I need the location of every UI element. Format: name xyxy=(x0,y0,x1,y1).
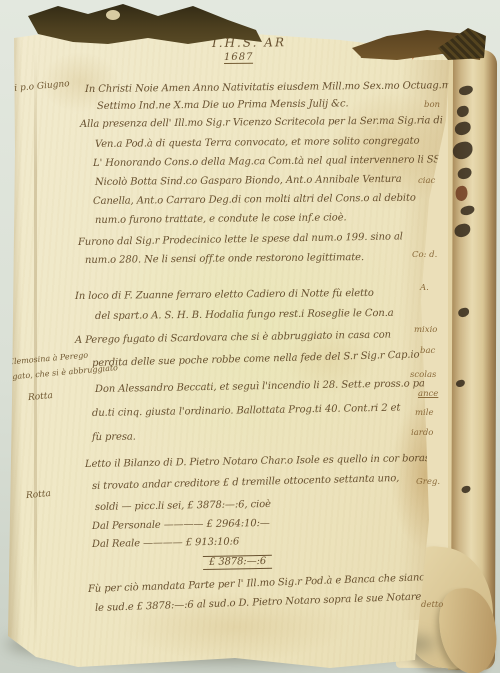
margin-note: Rotta xyxy=(28,391,54,403)
manuscript-line: Letto il Bilanzo di D. Pietro Notaro Cha… xyxy=(85,453,442,470)
manuscript-line: Don Alessandro Beccati, et seguì l'incen… xyxy=(95,378,445,395)
manuscript-line: num.o 280. Ne li sensi off.te onde resto… xyxy=(85,252,364,266)
manuscript-account-line: Dal Personale ———— £ 2964:10:— xyxy=(92,518,270,532)
manuscript-line: Nicolò Botta Sind.co Gasparo Biondo, Ant… xyxy=(95,174,402,188)
ink-blot xyxy=(460,205,475,216)
edge-fragment-text: bac xyxy=(420,346,435,356)
edge-fragment-text: scolas xyxy=(410,370,436,380)
edge-fragment-text: Greg. xyxy=(416,477,440,487)
manuscript-line: soldi — picc.li sei, £ 3878:—:6, cioè xyxy=(95,499,271,513)
edge-fragment-text: ance xyxy=(418,389,438,399)
margin-note: Elemosina à Perego xyxy=(8,351,89,367)
manuscript-line: Furono dal Sig.r Prodecinico lette le sp… xyxy=(78,231,403,248)
ink-blot xyxy=(457,167,472,180)
manuscript-line: le sud.e £ 3878:—:6 al sud.o D. Pietro N… xyxy=(95,591,442,614)
ink-blot xyxy=(458,307,470,317)
manuscript-line: A Perego fugato di Scardovara che si è a… xyxy=(75,329,391,346)
margin-note: Adi p.o Giugno xyxy=(2,79,70,95)
manuscript-line: In Christi Noie Amen Anno Nativitatis ei… xyxy=(85,80,457,95)
ink-blot xyxy=(452,141,474,161)
manuscript-line: del spart.o A. S. H. B. Hodalia fungo re… xyxy=(95,308,394,322)
edge-fragment-text: A. xyxy=(420,283,429,293)
manuscript-line: In loco di F. Zuanne ferraro eletto Cadi… xyxy=(75,288,374,302)
edge-fragment-text: Co: d. xyxy=(412,250,437,260)
ink-blot xyxy=(458,85,473,96)
manuscript-line: Alla presenza dell' Ill.mo Sig.r Vicenzo… xyxy=(80,115,443,130)
edge-fragment-text: mixio xyxy=(414,325,437,335)
ink-blot xyxy=(455,379,465,387)
manuscript-line: si trovato andar creditore £ d tremille … xyxy=(92,473,400,492)
edge-fragment-text: ciac xyxy=(418,176,435,186)
manuscript-line: num.o furono trattate, e condute le cose… xyxy=(95,212,347,226)
manuscript-line: Settimo Ind.ne X.ma Die uo Prima Mensis … xyxy=(97,98,349,112)
manuscript-line: Ven.a Pod.à di questa Terra convocato, e… xyxy=(95,136,420,150)
manuscript-line: perdita delle sue poche robbe come nella… xyxy=(92,349,420,369)
fragment-hole xyxy=(106,10,120,20)
manuscript-photo: 7 I.H.S. AR 1687 113 17 Adi p.o Giugno E… xyxy=(0,0,500,673)
ink-blot xyxy=(461,485,471,493)
manuscript-line: Canella, Ant.o Carraro Deg.di con molti … xyxy=(93,193,416,207)
year-text: 1687 xyxy=(224,52,254,64)
manuscript-line: L' Honorando Cons.o della Mag.ca Com.tà … xyxy=(93,154,451,169)
manuscript-line: du.ti cinq. giusta l'ordinario. Ballotta… xyxy=(92,403,401,419)
ink-blot xyxy=(454,121,472,136)
account-total: £ 3878:—:6 xyxy=(203,555,272,570)
ink-blot xyxy=(454,223,472,238)
ink-blot xyxy=(456,105,469,118)
manuscript-account-line: Dal Reale ———— £ 913:10:6 xyxy=(92,536,239,550)
edge-fragment-text: iardo xyxy=(411,428,433,438)
edge-fragment-text: mile xyxy=(415,408,434,418)
manuscript-line: fù presa. xyxy=(92,432,136,443)
margin-note: Rotta xyxy=(26,489,52,501)
ink-blot xyxy=(455,185,469,201)
edge-fragment-text: detto xyxy=(421,600,443,610)
edge-fragment-text: bon xyxy=(424,100,440,110)
